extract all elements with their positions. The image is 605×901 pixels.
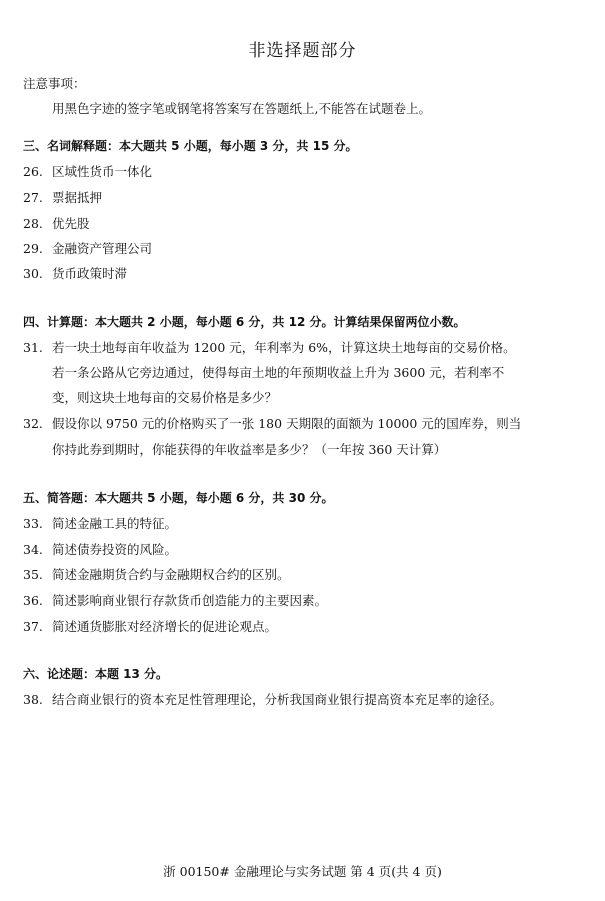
question-32: 32.假设你以 9750 元的价格购买了一张 180 天期限的面额为 10000… xyxy=(23,416,521,432)
section-heading-4: 四、计算题：本大题共 2 小题，每小题 6 分，共 12 分。计算结果保留两位小… xyxy=(23,314,465,330)
question-35: 35.简述金融期货合约与金融期权合约的区别。 xyxy=(23,567,290,583)
page-title: 非选择题部分 xyxy=(0,36,605,61)
question-36: 36.简述影响商业银行存款货币创造能力的主要因素。 xyxy=(23,593,327,609)
question-37: 37.简述通货膨胀对经济增长的促进论观点。 xyxy=(23,619,277,635)
section-heading-3: 三、名词解释题：本大题共 5 小题，每小题 3 分，共 15 分。 xyxy=(23,138,357,154)
question-38: 38.结合商业银行的资本充足性管理理论，分析我国商业银行提高资本充足率的途径。 xyxy=(23,692,502,708)
question-31: 31.若一块土地每亩年收益为 1200 元，年利率为 6%，计算这块土地每亩的交… xyxy=(23,340,516,356)
question-33: 33.简述金融工具的特征。 xyxy=(23,516,177,532)
question-32-line-2: 你持此券到期时，你能获得的年收益率是多少？（一年按 360 天计算） xyxy=(52,442,446,458)
question-34: 34.简述债券投资的风险。 xyxy=(23,542,177,558)
section-heading-5: 五、简答题：本大题共 5 小题，每小题 6 分，共 30 分。 xyxy=(23,490,333,506)
question-30: 30.货币政策时滞 xyxy=(23,266,127,282)
question-28: 28.优先股 xyxy=(23,216,90,232)
question-31-line-2: 若一条公路从它旁边通过，使得每亩土地的年预期收益上升为 3600 元，若利率不 xyxy=(52,365,504,381)
section-heading-6: 六、论述题：本题 13 分。 xyxy=(23,666,168,682)
question-31-line-3: 变，则这块土地每亩的交易价格是多少？ xyxy=(52,390,277,406)
question-29: 29.金融资产管理公司 xyxy=(23,241,152,257)
question-27: 27.票据抵押 xyxy=(23,190,102,206)
question-26: 26.区域性货币一体化 xyxy=(23,164,152,180)
notice-text: 用黑色字迹的签字笔或钢笔将答案写在答题纸上,不能答在试题卷上。 xyxy=(52,101,431,117)
notice-heading: 注意事项： xyxy=(23,76,86,92)
page-footer: 浙 00150# 金融理论与实务试题 第 4 页(共 4 页) xyxy=(0,862,605,880)
